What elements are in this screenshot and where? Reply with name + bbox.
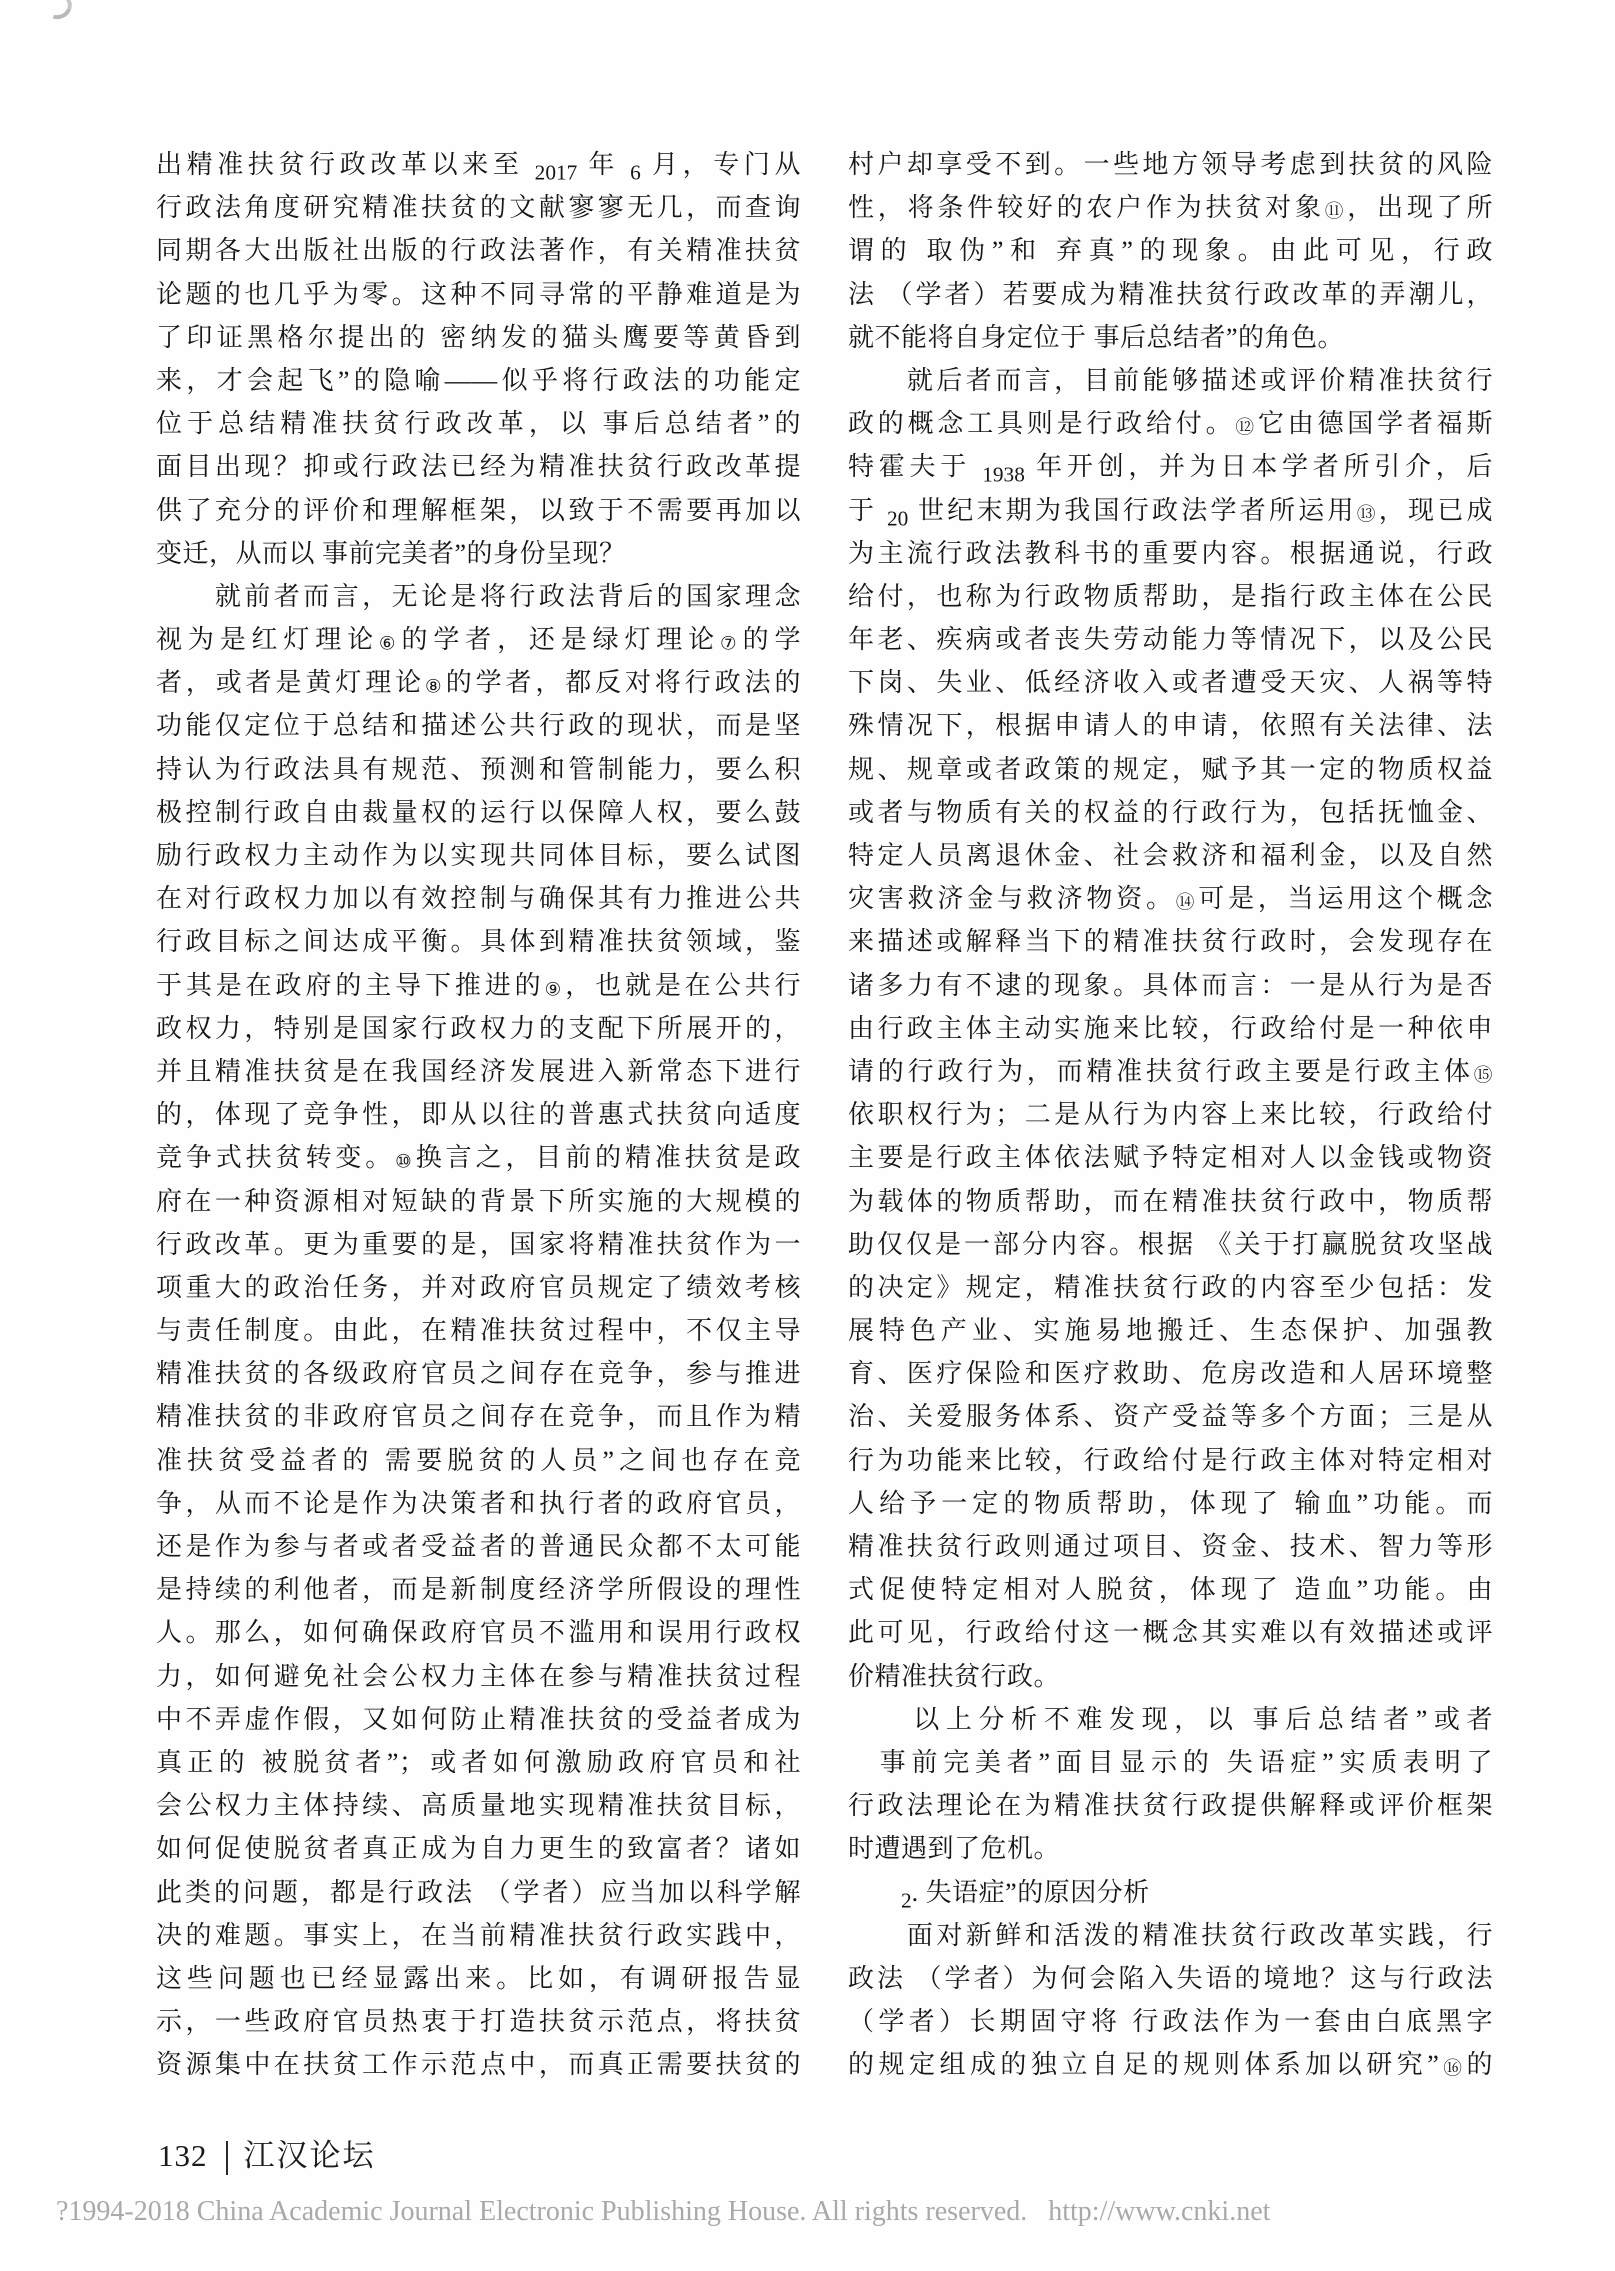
text-line: 殊情况下，根据申请人的申请，依照有关法律、法 — [848, 704, 1493, 747]
text-line: 灾害救济金与救济物资。⑭可是，当运用这个概念 — [848, 877, 1493, 920]
text-line: 行政法角度研究精准扶贫的文献寥寥无几，而查询 — [156, 186, 801, 229]
text-line: 真正的 被脱贫者”；或者如何激励政府官员和社 — [156, 1741, 801, 1784]
text-line: 供了充分的评价和理解框架，以致于不需要再加以 — [156, 489, 801, 532]
text-line: 谓的 取伪”和 弃真”的现象。由此可见，行政 — [848, 229, 1493, 272]
text-line: 者，或者是黄灯理论⑧的学者，都反对将行政法的 — [156, 661, 801, 704]
text-line: 治、关爱服务体系、资产受益等多个方面；三是从 — [848, 1395, 1493, 1438]
text-line: 面目出现？抑或行政法已经为精准扶贫行政改革提 — [156, 445, 801, 488]
scan-artifact — [40, 0, 76, 24]
text-line: 或者与物质有关的权益的行政行为，包括抚恤金、 — [848, 791, 1493, 834]
text-line: 特霍夫于 1938 年开创，并为日本学者所引介，后 — [848, 445, 1493, 488]
text-line: 政权力，特别是国家行政权力的支配下所展开的， — [156, 1007, 801, 1050]
text-line: 此类的问题，都是行政法 （学者）应当加以科学解 — [156, 1871, 801, 1914]
text-line: 了印证黑格尔提出的 密纳发的猫头鹰要等黄昏到 — [156, 316, 801, 359]
text-line: 精准扶贫行政则通过项目、资金、技术、智力等形 — [848, 1525, 1493, 1568]
text-line: 给付，也称为行政物质帮助，是指行政主体在公民 — [848, 575, 1493, 618]
text-line: 这些问题也已经显露出来。比如，有调研报告显 — [156, 1957, 801, 2000]
text-line: 村户却享受不到。一些地方领导考虑到扶贫的风险 — [848, 143, 1493, 186]
text-line: 视为是红灯理论⑥的学者，还是绿灯理论⑦的学 — [156, 618, 801, 661]
text-line: 于 20 世纪末期为我国行政法学者所运用⑬，现已成 — [848, 489, 1493, 532]
text-line: 会公权力主体持续、高质量地实现精准扶贫目标， — [156, 1784, 801, 1827]
text-line: （学者）长期固守将 行政法作为一套由白底黑字 — [848, 2000, 1493, 2043]
text-line: 就不能将自身定位于 事后总结者”的角色。 — [848, 316, 1493, 359]
text-line: 时遭遇到了危机。 — [848, 1827, 1493, 1870]
document-page: 出精准扶贫行政改革以来至 2017 年 6 月，专门从行政法角度研究精准扶贫的文… — [0, 0, 1615, 2271]
text-line: 力，如何避免社会公权力主体在参与精准扶贫过程 — [156, 1655, 801, 1698]
text-line: 以上分析不难发现，以 事后总结者”或者 — [848, 1698, 1493, 1741]
text-line: 的决定》规定，精准扶贫行政的内容至少包括：发 — [848, 1266, 1493, 1309]
text-line: 行政目标之间达成平衡。具体到精准扶贫领域，鉴 — [156, 920, 801, 963]
text-line: 人。那么，如何确保政府官员不滥用和误用行政权 — [156, 1611, 801, 1654]
text-line: 励行政权力主动作为以实现共同体目标，要么试图 — [156, 834, 801, 877]
text-line: 2. 失语症”的原因分析 — [848, 1871, 1493, 1914]
text-line: 与责任制度。由此，在精准扶贫过程中，不仅主导 — [156, 1309, 801, 1352]
text-line: 示，一些政府官员热衷于打造扶贫示范点，将扶贫 — [156, 2000, 801, 2043]
text-line: 行政改革。更为重要的是，国家将精准扶贫作为一 — [156, 1223, 801, 1266]
text-line: 事前完美者”面目显示的 失语症”实质表明了 — [848, 1741, 1493, 1784]
text-line: 来描述或解释当下的精准扶贫行政时，会发现存在 — [848, 920, 1493, 963]
text-line: 为载体的物质帮助，而在精准扶贫行政中，物质帮 — [848, 1180, 1493, 1223]
text-line: 下岗、失业、低经济收入或者遭受天灾、人祸等特 — [848, 661, 1493, 704]
text-line: 主要是行政主体依法赋予特定相对人以金钱或物资 — [848, 1136, 1493, 1179]
text-line: 并且精准扶贫是在我国经济发展进入新常态下进行 — [156, 1050, 801, 1093]
footer-divider — [226, 2141, 228, 2175]
journal-name: 江汉论坛 — [244, 2138, 376, 2173]
text-line: 出精准扶贫行政改革以来至 2017 年 6 月，专门从 — [156, 143, 801, 186]
text-line: 极控制行政自由裁量权的运行以保障人权，要么鼓 — [156, 791, 801, 834]
text-line: 面对新鲜和活泼的精准扶贫行政改革实践，行 — [848, 1914, 1493, 1957]
text-line: 法 （学者）若要成为精准扶贫行政改革的弄潮儿， — [848, 273, 1493, 316]
text-line: 式促使特定相对人脱贫，体现了 造血”功能。由 — [848, 1568, 1493, 1611]
text-column-right: 村户却享受不到。一些地方领导考虑到扶贫的风险性，将条件较好的农户作为扶贫对象⑪，… — [848, 143, 1493, 2086]
text-line: 竞争式扶贫转变。⑩换言之，目前的精准扶贫是政 — [156, 1136, 801, 1179]
text-line: 价精准扶贫行政。 — [848, 1655, 1493, 1698]
text-line: 请的行政行为，而精准扶贫行政主要是行政主体⑮ — [848, 1050, 1493, 1093]
text-line: 项重大的政治任务，并对政府官员规定了绩效考核 — [156, 1266, 801, 1309]
text-line: 人给予一定的物质帮助，体现了 输血”功能。而 — [848, 1482, 1493, 1525]
text-line: 同期各大出版社出版的行政法著作，有关精准扶贫 — [156, 229, 801, 272]
text-line: 性，将条件较好的农户作为扶贫对象⑪，出现了所 — [848, 186, 1493, 229]
text-line: 精准扶贫的各级政府官员之间存在竞争，参与推进 — [156, 1352, 801, 1395]
text-line: 政法 （学者）为何会陷入失语的境地？这与行政法 — [848, 1957, 1493, 2000]
text-line: 依职权行为；二是从行为内容上来比较，行政给付 — [848, 1093, 1493, 1136]
text-line: 政的概念工具则是行政给付。⑫它由德国学者福斯 — [848, 402, 1493, 445]
text-line: 争，从而不论是作为决策者和执行者的政府官员， — [156, 1482, 801, 1525]
text-line: 决的难题。事实上，在当前精准扶贫行政实践中， — [156, 1914, 801, 1957]
page-footer: 132江汉论坛 — [158, 2130, 376, 2175]
text-line: 展特色产业、实施易地搬迁、生态保护、加强教 — [848, 1309, 1493, 1352]
text-line: 准扶贫受益者的 需要脱贫的人员”之间也存在竞 — [156, 1439, 801, 1482]
text-line: 诸多力有不逮的现象。具体而言：一是从行为是否 — [848, 964, 1493, 1007]
text-line: 规、规章或者政策的规定，赋予其一定的物质权益 — [848, 748, 1493, 791]
text-column-left: 出精准扶贫行政改革以来至 2017 年 6 月，专门从行政法角度研究精准扶贫的文… — [156, 143, 801, 2086]
copyright-notice: ?1994-2018 China Academic Journal Electr… — [56, 2196, 1270, 2228]
text-line: 行为功能来比较，行政给付是行政主体对特定相对 — [848, 1439, 1493, 1482]
text-line: 还是作为参与者或者受益者的普通民众都不太可能 — [156, 1525, 801, 1568]
text-line: 此可见，行政给付这一概念其实难以有效描述或评 — [848, 1611, 1493, 1654]
text-line: 就后者而言，目前能够描述或评价精准扶贫行 — [848, 359, 1493, 402]
text-line: 由行政主体主动实施来比较，行政给付是一种依申 — [848, 1007, 1493, 1050]
text-line: 助仅仅是一部分内容。根据 《关于打赢脱贫攻坚战 — [848, 1223, 1493, 1266]
text-line: 行政法理论在为精准扶贫行政提供解释或评价框架 — [848, 1784, 1493, 1827]
text-line: 资源集中在扶贫工作示范点中，而真正需要扶贫的 — [156, 2043, 801, 2086]
text-line: 精准扶贫的非政府官员之间存在竞争，而且作为精 — [156, 1395, 801, 1438]
text-line: 府在一种资源相对短缺的背景下所实施的大规模的 — [156, 1180, 801, 1223]
text-line: 中不弄虚作假，又如何防止精准扶贫的受益者成为 — [156, 1698, 801, 1741]
text-line: 的规定组成的独立自足的规则体系加以研究”⑯的 — [848, 2043, 1493, 2086]
text-line: 如何促使脱贫者真正成为自力更生的致富者？诸如 — [156, 1827, 801, 1870]
text-line: 是持续的利他者，而是新制度经济学所假设的理性 — [156, 1568, 801, 1611]
text-line: 在对行政权力加以有效控制与确保其有力推进公共 — [156, 877, 801, 920]
text-line: 年老、疾病或者丧失劳动能力等情况下，以及公民 — [848, 618, 1493, 661]
text-line: 的，体现了竞争性，即从以往的普惠式扶贫向适度 — [156, 1093, 801, 1136]
text-line: 论题的也几乎为零。这种不同寻常的平静难道是为 — [156, 273, 801, 316]
text-line: 特定人员离退休金、社会救济和福利金，以及自然 — [848, 834, 1493, 877]
text-line: 于其是在政府的主导下推进的⑨，也就是在公共行 — [156, 964, 801, 1007]
text-line: 功能仅定位于总结和描述公共行政的现状，而是坚 — [156, 704, 801, 747]
text-line: 变迁，从而以 事前完美者”的身份呈现？ — [156, 532, 801, 575]
text-line: 位于总结精准扶贫行政改革，以 事后总结者”的 — [156, 402, 801, 445]
page-number: 132 — [158, 2138, 208, 2173]
text-line: 来，才会起飞”的隐喻——似乎将行政法的功能定 — [156, 359, 801, 402]
text-line: 为主流行政法教科书的重要内容。根据通说，行政 — [848, 532, 1493, 575]
text-line: 育、医疗保险和医疗救助、危房改造和人居环境整 — [848, 1352, 1493, 1395]
text-line: 持认为行政法具有规范、预测和管制能力，要么积 — [156, 748, 801, 791]
text-line: 就前者而言，无论是将行政法背后的国家理念 — [156, 575, 801, 618]
